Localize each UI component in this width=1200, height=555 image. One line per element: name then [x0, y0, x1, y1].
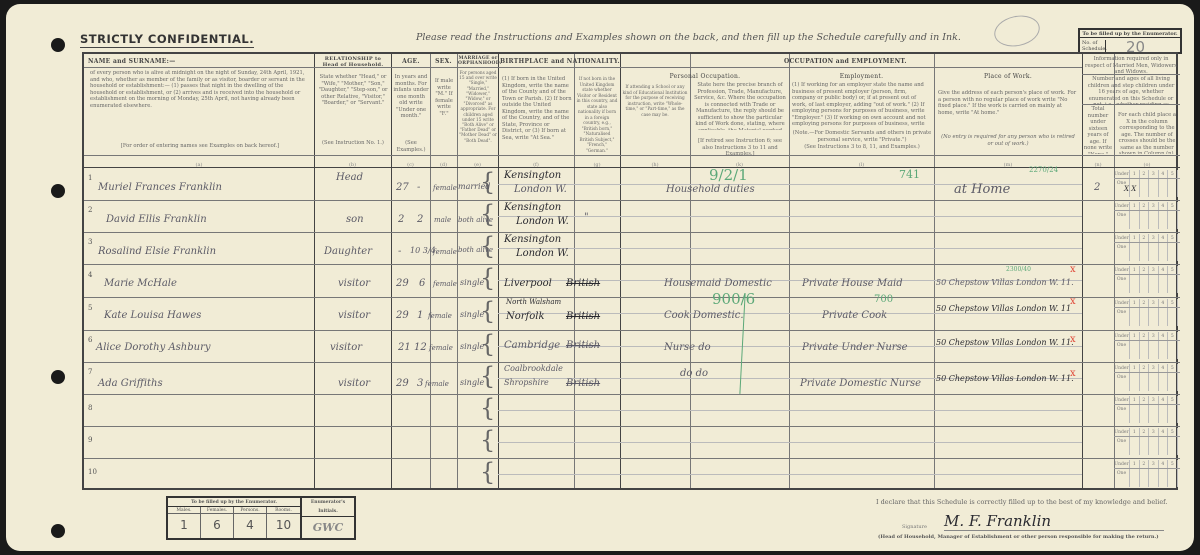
red-check-mark: x — [1070, 296, 1076, 307]
stamp-mark — [991, 12, 1042, 51]
females-label: Females. — [201, 507, 233, 514]
red-check-mark: x — [1070, 334, 1076, 345]
person-marriage: single — [460, 310, 484, 319]
header-personal-occupation: Personal Occupation. — [620, 73, 790, 80]
person-employment: Private Domestic Nurse — [800, 378, 921, 389]
signature-label: Signature — [902, 524, 927, 530]
person-sex: female — [428, 312, 452, 320]
person-birthplace-line2: Shropshire — [504, 378, 549, 387]
row-number: 1 — [88, 174, 92, 182]
person-name: Alice Dorothy Ashbury — [96, 342, 211, 353]
row-number: 7 — [88, 368, 92, 376]
header-name-body: of every person who is alive at midnight… — [90, 70, 310, 142]
persons-value: 4 — [234, 514, 266, 536]
person-sex: female — [433, 184, 457, 192]
person-nationality: British — [566, 311, 600, 322]
person-age-months: - — [417, 182, 420, 193]
person-age-months: 3 — [417, 378, 423, 389]
person-place-of-work: 50 Chepstow Villas London W. 11. — [936, 374, 1074, 383]
person-nationality: British — [566, 278, 600, 289]
row-number: 4 — [88, 271, 92, 279]
column-letter: (d) — [430, 162, 457, 168]
person-occupation: Cook Domestic. — [664, 310, 744, 321]
child-age-grid: Under One12345 — [1114, 170, 1180, 197]
row-number: 5 — [88, 304, 92, 312]
row-number: 3 — [88, 238, 92, 246]
header-relationship-body: State whether "Head," or "Wife," "Mother… — [318, 74, 388, 134]
person-age-years: 29 — [396, 310, 409, 321]
row-number: 9 — [88, 436, 92, 444]
column-letter: (c) — [391, 162, 430, 168]
person-sex: female — [433, 248, 457, 256]
child-age-grid: Under One12345 — [1114, 460, 1180, 487]
enumerator-initials: GWC — [302, 517, 354, 539]
column-letter: (o) — [1114, 162, 1180, 168]
person-relationship: Head — [336, 172, 363, 183]
schedule-number-box: To be filled up by the Enumerator. No. o… — [1078, 28, 1182, 54]
person-occupation: Household duties — [666, 184, 755, 195]
person-occupation: Housemaid Domestic — [664, 278, 772, 289]
punch-hole — [51, 524, 65, 538]
child-age-grid: Under One12345 — [1114, 202, 1180, 229]
header-name: NAME and SURNAME:— — [88, 58, 308, 65]
person-place-of-work: 50 Chepstow Villas London W. 11. — [936, 338, 1074, 347]
signature: M. F. Franklin — [944, 512, 1164, 531]
child-age-grid: Under One12345 — [1114, 428, 1180, 455]
row-number: 6 — [88, 336, 92, 344]
schedule-box-caption: To be filled up by the Enumerator. — [1080, 30, 1180, 38]
person-nationality: British — [566, 378, 600, 389]
males-value: 1 — [168, 514, 200, 536]
person-relationship: son — [346, 214, 364, 225]
person-name: Rosalind Elsie Franklin — [98, 246, 216, 257]
red-check-mark: x — [1070, 368, 1076, 379]
person-age-years: - — [398, 246, 401, 257]
header-sex: SEX. — [430, 58, 457, 65]
person-birthplace-line1: Kensington — [504, 202, 561, 213]
row-number: 2 — [88, 206, 92, 214]
column-letter: (a) — [84, 162, 314, 168]
person-name: Marie McHale — [104, 278, 177, 289]
person-relationship: visitor — [338, 378, 370, 389]
child-age-grid: Under One12345 — [1114, 299, 1180, 326]
person-place-of-work: at Home — [954, 182, 1010, 197]
header-birthplace: BIRTHPLACE and NATIONALITY. — [500, 58, 620, 65]
header-occupation-group: OCCUPATION and EMPLOYMENT. — [784, 58, 984, 65]
column-letter: (f) — [498, 162, 574, 168]
person-marriage: married — [458, 182, 490, 191]
header-nationality-body: If not born in the United Kingdom state … — [576, 76, 618, 152]
header-occupation-footer: [If retired see Instruction 6; see also … — [694, 138, 786, 158]
person-birthplace-line2: London W. — [516, 216, 569, 227]
person-birthplace-line1: North Walsham — [506, 298, 561, 306]
child-age-grid: Under One12345 — [1114, 332, 1180, 359]
person-marriage: single — [460, 278, 484, 287]
person-place-of-work: 50 Chepstow Villas London W. 11. — [936, 278, 1074, 287]
person-occupation: Nurse do — [664, 342, 711, 353]
row-number: 8 — [88, 404, 92, 412]
column-letter: (g) — [574, 162, 620, 168]
declaration-text: I declare that this Schedule is correctl… — [876, 498, 1167, 506]
header-place-of-work-note: (No entry is required for any person who… — [938, 134, 1078, 147]
person-employment: Private Cook — [822, 310, 887, 321]
person-nationality: " — [584, 212, 589, 223]
person-relationship: Daughter — [324, 246, 372, 257]
header-place-of-work: Place of Work. — [934, 73, 1082, 80]
person-relationship: visitor — [338, 278, 370, 289]
child-age-grid: Under One12345 — [1114, 266, 1180, 293]
person-name: Kate Louisa Hawes — [104, 310, 201, 321]
males-label: Males. — [168, 507, 200, 514]
person-age-months: 12 — [414, 342, 427, 353]
place-of-work-code: 2300/40 — [1006, 266, 1031, 273]
occupation-code: 900/6 — [712, 290, 755, 308]
person-marriage: single — [460, 342, 484, 351]
child-age-grid: Under One12345 — [1114, 364, 1180, 391]
header-name-footer: [For order of entering names see Example… — [90, 143, 310, 150]
person-relationship: visitor — [330, 342, 362, 353]
person-sex: male — [434, 216, 451, 224]
column-letter: (m) — [934, 162, 1082, 168]
person-birthplace-line1: Coalbrookdale — [504, 364, 563, 373]
person-marriage: single — [460, 378, 484, 387]
punch-hole — [51, 184, 65, 198]
header-children-total: Total number under sixteen years of age.… — [1083, 106, 1113, 154]
header-place-of-work-body: Give the address of each person's place … — [938, 90, 1078, 130]
column-letter: (h) — [620, 162, 690, 168]
person-birthplace-line2: London W. — [514, 184, 567, 195]
signature-note: (Head of Household, Manager of Establish… — [878, 534, 1159, 540]
column-letter: (b) — [314, 162, 391, 168]
person-birthplace-line1: Kensington — [504, 234, 561, 245]
person-employment: Private Under Nurse — [802, 342, 908, 353]
enumerator-initials-label: Enumerator's Initials. — [302, 498, 354, 517]
person-age-years: 29 — [396, 378, 409, 389]
employment-code: 700 — [874, 294, 893, 305]
column-letter: (n) — [1082, 162, 1114, 168]
persons-label: Persons. — [234, 507, 266, 514]
census-table: NAME and SURNAME:— of every person who i… — [82, 52, 1178, 490]
enumerator-box-caption: To be filled up by the Enumerator. — [168, 498, 300, 507]
header-employment-note: (Note.—For Domestic Servants and others … — [792, 130, 932, 143]
person-marriage: both alive — [458, 216, 493, 224]
person-age-months: 6 — [419, 278, 425, 289]
header-children-instruction: For each child place a X in the column c… — [1116, 112, 1178, 154]
person-name: Ada Griffiths — [98, 378, 163, 389]
person-birthplace-line1: Cambridge — [504, 340, 560, 351]
punch-hole — [51, 38, 65, 52]
person-age-months: 1 — [417, 310, 423, 321]
header-sex-body: If male write "M." If female write "F." — [432, 78, 456, 138]
census-schedule-sheet: STRICTLY CONFIDENTIAL. Please read the I… — [6, 4, 1194, 551]
person-nationality: British — [566, 340, 600, 351]
person-place-of-work: 50 Chepstow Villas London W. 11 — [936, 304, 1071, 313]
person-age-years: 27 — [396, 182, 409, 193]
header-employment: Employment. — [789, 73, 934, 80]
header-education-body: If attending a School or any kind of Edu… — [622, 84, 688, 154]
person-sex: female — [433, 280, 457, 288]
person-birthplace-line1: Kensington — [504, 170, 561, 181]
person-birthplace-line2: Norfolk — [506, 311, 545, 322]
child-age-grid: Under One12345 — [1114, 396, 1180, 423]
person-birthplace-line2: London W. — [516, 248, 569, 259]
person-age-years: 29 — [396, 278, 409, 289]
occupation-code: 9/2/1 — [709, 166, 748, 184]
header-marriage: MARRIAGE or ORPHANHOOD. — [458, 56, 498, 66]
children-total: 2 — [1094, 182, 1100, 193]
person-age-months: 10 3/4 — [410, 246, 436, 255]
person-sex: female — [425, 380, 449, 388]
person-sex: female — [429, 344, 453, 352]
employment-code: 741 — [899, 168, 920, 181]
person-relationship: visitor — [338, 310, 370, 321]
child-age-grid: Under One12345 — [1114, 234, 1180, 261]
person-employment: Private House Maid — [802, 278, 903, 289]
females-value: 6 — [201, 514, 233, 536]
header-age: AGE. — [392, 58, 430, 65]
header-age-body: In years and months. For infants under o… — [393, 74, 429, 134]
header-employment-body: (1) If working for an employer state the… — [792, 82, 932, 128]
person-name: David Ellis Franklin — [106, 214, 207, 225]
place-of-work-code: 2270/24 — [1029, 166, 1058, 174]
page-title: STRICTLY CONFIDENTIAL. — [80, 32, 254, 48]
person-age-years: 2 — [398, 214, 404, 225]
row-number: 10 — [88, 468, 97, 476]
instructions-text: Please read the Instructions and Example… — [416, 32, 961, 43]
person-age-years: 21 — [398, 342, 411, 353]
header-age-footer: (See Examples.) — [393, 140, 429, 153]
header-occupation-body: State here the precise branch of Profess… — [694, 82, 786, 130]
punch-hole — [51, 370, 65, 384]
person-marriage: both alive — [458, 246, 493, 254]
enumerator-totals-box: To be filled up by the Enumerator. Males… — [166, 496, 356, 540]
person-occupation: do do — [680, 368, 708, 379]
header-children-title: Information required only in respect of … — [1084, 56, 1178, 74]
header-marriage-body: For persons aged 15 and over write "Sing… — [459, 70, 497, 154]
header-relationship-footer: (See Instruction No. 1.) — [318, 140, 388, 147]
person-birthplace-line1: Liverpool — [504, 278, 552, 289]
person-age-months: 2 — [417, 214, 423, 225]
header-children-subtitle: Number and ages of all living children a… — [1084, 76, 1178, 104]
header-employment-footer: (See Instructions 3 to 8, 11, and Exampl… — [792, 144, 932, 151]
person-name: Muriel Frances Franklin — [98, 182, 222, 193]
rooms-label: Rooms. — [267, 507, 300, 514]
red-check-mark: x — [1070, 264, 1076, 275]
header-birthplace-body: (1) If born in the United Kingdom, write… — [502, 76, 572, 152]
rooms-value: 10 — [267, 514, 300, 536]
header-relationship: RELATIONSHIP to Head of Household. — [316, 56, 390, 68]
